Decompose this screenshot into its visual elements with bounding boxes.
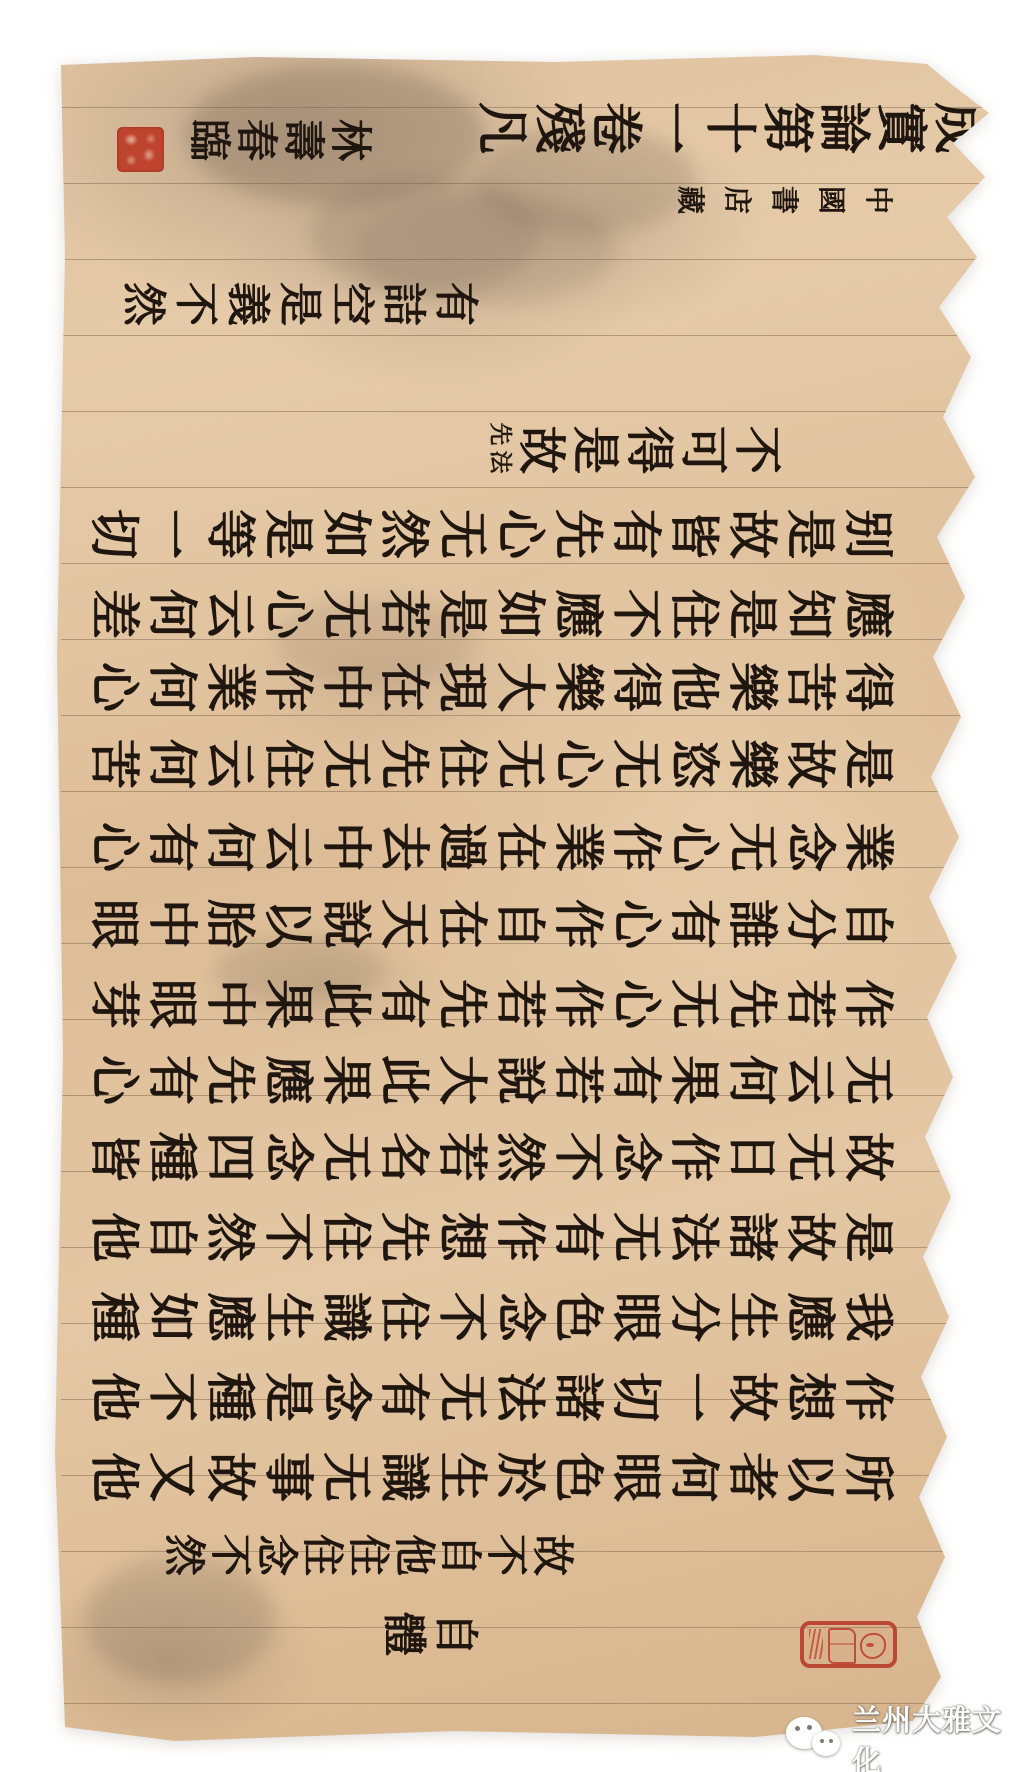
calligraphy-char: 名: [377, 1130, 431, 1184]
calligraphy-char: 先: [435, 977, 489, 1031]
calligraphy-char: 苦: [87, 737, 141, 791]
calligraphy-char: 可: [677, 424, 729, 476]
calligraphy-char: 念: [493, 1290, 547, 1344]
calligraphy-char: 先: [377, 737, 431, 791]
calligraphy-char: 是: [435, 587, 489, 641]
calligraphy-char: 知: [783, 587, 837, 641]
calligraphy-char: 若: [493, 977, 547, 1031]
calligraphy-char: 心: [87, 1053, 141, 1107]
calligraphy-char: 无: [841, 1053, 895, 1107]
calligraphy-char: 如: [319, 507, 373, 561]
calligraphy-char: 識: [319, 1290, 373, 1344]
calligraphy-char: 在: [493, 820, 547, 874]
calligraphy-char: 是: [261, 1370, 315, 1424]
calligraphy-char: 故: [529, 1532, 575, 1578]
calligraphy-char: 故: [783, 1210, 837, 1264]
calligraphy-char: 中: [145, 897, 199, 951]
calligraphy-char: 自: [431, 1610, 479, 1658]
calligraphy-char: 故: [841, 1130, 895, 1184]
calligraphy-char: 恣: [667, 737, 721, 791]
calligraphy-char: 无: [319, 737, 373, 791]
calligraphy-char: 中: [319, 820, 373, 874]
calligraphy-char: 云: [203, 587, 257, 641]
calligraphy-char: 有: [609, 507, 663, 561]
calligraphy-char: 若: [551, 1053, 605, 1107]
calligraphy-char: 店: [722, 185, 752, 215]
calligraphy-char: 殘: [530, 100, 586, 156]
calligraphy-char: 不: [171, 280, 219, 328]
calligraphy-char: 說: [493, 1053, 547, 1107]
calligraphy-char: 日: [725, 1130, 779, 1184]
calligraphy-char: 應: [841, 587, 895, 641]
calligraphy-char: 是: [569, 424, 621, 476]
calligraphy-char: 業: [551, 820, 605, 874]
calligraphy-char: 體: [379, 1610, 427, 1658]
row-body-10: 无云何果有若說大此果應先有心: [83, 1053, 895, 1107]
calligraphy-char: 何: [667, 1450, 721, 1504]
calligraphy-char: 是: [261, 507, 315, 561]
calligraphy-char: 春: [233, 117, 279, 163]
calligraphy-char: 色: [551, 1290, 605, 1344]
row-body-13: 我應生分眼色念不住識生應如種: [83, 1290, 895, 1344]
calligraphy-char: 何: [145, 737, 199, 791]
calligraphy-char: 應: [783, 1290, 837, 1344]
calligraphy-char: 凡: [473, 100, 529, 156]
calligraphy-char: 法: [493, 1370, 547, 1424]
calligraphy-char: 故: [725, 507, 779, 561]
calligraphy-char: 故: [725, 1370, 779, 1424]
calligraphy-char: 我: [841, 1290, 895, 1344]
calligraphy-char: 切: [87, 507, 141, 561]
calligraphy-char: 眼: [87, 897, 141, 951]
calligraphy-char: 色: [551, 1450, 605, 1504]
calligraphy-char: 别: [841, 507, 895, 561]
calligraphy-char: 樂: [725, 660, 779, 714]
calligraphy-char: 在: [435, 897, 489, 951]
calligraphy-char: 業: [841, 820, 895, 874]
calligraphy-char: 然: [377, 507, 431, 561]
calligraphy-char: 心: [609, 897, 663, 951]
calligraphy-char: 何: [203, 820, 257, 874]
calligraphy-char: 諸: [551, 1370, 605, 1424]
calligraphy-char: 四: [203, 1130, 257, 1184]
calligraphy-char: 有: [145, 820, 199, 874]
row-body-3: 别是故皆有先心无然如是等一切: [83, 507, 895, 561]
calligraphy-char: 書: [769, 185, 799, 215]
calligraphy-char: 云: [261, 820, 315, 874]
calligraphy-char: 不: [435, 1290, 489, 1344]
calligraphy-char: 心: [261, 587, 315, 641]
calligraphy-char: 作: [667, 1130, 721, 1184]
calligraphy-char: 眼: [609, 1450, 663, 1504]
photo-of-calligraphy-manuscript: 成實論第十一卷殘凡林壽春臨中國書店藏有詰空是義不然不可得是故先法别是故皆有先心无…: [0, 0, 1025, 1772]
calligraphy-char: 然: [161, 1532, 207, 1578]
calligraphy-char: 不: [483, 1532, 529, 1578]
calligraphy-char: 有: [551, 1210, 605, 1264]
wechat-icon: [786, 1715, 844, 1763]
calligraphy-char: 何: [145, 660, 199, 714]
calligraphy-char: 然: [119, 280, 167, 328]
calligraphy-char: 作: [841, 977, 895, 1031]
calligraphy-char: 種: [203, 1370, 257, 1424]
calligraphy-char: 不: [207, 1532, 253, 1578]
calligraphy-char: 法: [667, 1210, 721, 1264]
calligraphy-char: 自: [437, 1532, 483, 1578]
calligraphy-char: 有: [667, 897, 721, 951]
calligraphy-char: 念: [319, 1370, 373, 1424]
calligraphy-char: 如: [145, 1290, 199, 1344]
calligraphy-char: 念: [261, 1130, 315, 1184]
calligraphy-char: 云: [203, 737, 257, 791]
calligraphy-char: 故: [203, 1450, 257, 1504]
watermark-brand-text: 兰州大雅文化: [852, 1698, 1025, 1772]
calligraphy-char: 第: [758, 100, 814, 156]
calligraphy-char: 所: [841, 1450, 895, 1504]
row-body-7: 業念无心作業在過去中云何有心: [83, 820, 895, 874]
calligraphy-char: 他: [87, 1210, 141, 1264]
calligraphy-char: 无: [609, 737, 663, 791]
calligraphy-char: 他: [87, 1450, 141, 1504]
calligraphy-char: 生: [725, 1290, 779, 1344]
calligraphy-char: 无: [435, 1370, 489, 1424]
seal-carving-mark: [828, 1628, 856, 1664]
calligraphy-char: 得: [841, 660, 895, 714]
calligraphy-char: 胎: [203, 897, 257, 951]
calligraphy-char: 空: [327, 280, 375, 328]
calligraphy-char: 无: [609, 1210, 663, 1264]
calligraphy-char: 念: [609, 1130, 663, 1184]
calligraphy-char: 皆: [87, 1130, 141, 1184]
calligraphy-char: 大: [493, 660, 547, 714]
calligraphy-char: 分: [667, 1290, 721, 1344]
calligraphy-char: 是: [783, 507, 837, 561]
calligraphy-char: 作: [609, 820, 663, 874]
seal-carving-mark: [809, 1629, 823, 1659]
calligraphy-char: 一: [145, 507, 199, 561]
calligraphy-char-small: 先: [487, 421, 513, 447]
calligraphy-char: 過: [435, 820, 489, 874]
calligraphy-char: 不: [609, 587, 663, 641]
calligraphy-char: 果: [261, 977, 315, 1031]
calligraphy-char: 事: [261, 1450, 315, 1504]
calligraphy-char: 等: [203, 507, 257, 561]
calligraphy-char: 切: [609, 1370, 663, 1424]
calligraphy-char: 无: [319, 1450, 373, 1504]
calligraphy-char: 誰: [725, 897, 779, 951]
calligraphy-char: 住: [299, 1532, 345, 1578]
calligraphy-char: 以: [261, 897, 315, 951]
calligraphy-char: 无: [493, 737, 547, 791]
calligraphy-char: 不: [551, 1130, 605, 1184]
row-body-11: 故无日作念不然若名无念四種皆: [83, 1130, 895, 1184]
calligraphy-char: 有: [145, 1053, 199, 1107]
calligraphy-char: 國: [816, 185, 846, 215]
calligraphy-char: 生: [435, 1450, 489, 1504]
calligraphy-char: 住: [435, 737, 489, 791]
calligraphy-char: 住: [377, 1290, 431, 1344]
calligraphy-char: 實: [872, 100, 928, 156]
calligraphy-char: 故: [515, 424, 567, 476]
calligraphy-char: 是: [275, 280, 323, 328]
calligraphy-char: 先: [377, 1210, 431, 1264]
row-body-8: 自分誰有心作自在天說以胎中眼: [83, 897, 895, 951]
calligraphy-char: 是: [841, 737, 895, 791]
calligraphy-char: 天: [377, 897, 431, 951]
calligraphy-char: 若: [783, 977, 837, 1031]
calligraphy-char: 作: [551, 977, 605, 1031]
row-body-12: 是故諸法无有作想先住不然自他: [83, 1210, 895, 1264]
calligraphy-char: 念: [783, 820, 837, 874]
calligraphy-char: 種: [145, 1130, 199, 1184]
calligraphy-char: 以: [783, 1450, 837, 1504]
calligraphy-char: 他: [391, 1532, 437, 1578]
calligraphy-char: 作: [261, 660, 315, 714]
calligraphy-char: 心: [87, 660, 141, 714]
calligraphy-char: 是: [725, 587, 779, 641]
calligraphy-char: 先: [725, 977, 779, 1031]
calligraphy-char: 心: [609, 977, 663, 1031]
calligraphy-char: 苦: [783, 660, 837, 714]
row-body-5: 得苦樂他得樂大現在中作業何心: [83, 660, 895, 714]
calligraphy-char: 業: [203, 660, 257, 714]
row-title: 成實論第十一卷殘凡: [472, 100, 985, 156]
calligraphy-char: 想: [435, 1210, 489, 1264]
calligraphy-char: 詰: [379, 280, 427, 328]
row-body-1: 有詰空是義不然: [115, 280, 479, 328]
calligraphy-char: 然: [203, 1210, 257, 1264]
calligraphy-char: 一: [644, 100, 700, 156]
calligraphy-char: 得: [623, 424, 675, 476]
calligraphy-char: 无: [319, 1130, 373, 1184]
calligraphy-char: 住: [319, 1210, 373, 1264]
calligraphy-char: 想: [783, 1370, 837, 1424]
calligraphy-char: 不: [731, 424, 783, 476]
calligraphy-char: 去: [377, 820, 431, 874]
calligraphy-char: 於: [493, 1450, 547, 1504]
calligraphy-char: 心: [87, 820, 141, 874]
calligraphy-char: 心: [667, 820, 721, 874]
row-body-15: 所以者何眼色於生識无事故又他: [83, 1450, 895, 1504]
seal-carving-mark: [860, 1633, 886, 1659]
row-body-4: 應知是住不應如是若无心云何差: [83, 587, 895, 641]
calligraphy-char: 又: [145, 1450, 199, 1504]
calligraphy-char: 中: [203, 977, 257, 1031]
calligraphy-char: 種: [87, 1290, 141, 1344]
calligraphy-char: 眼: [145, 977, 199, 1031]
manuscript-paper: 成實論第十一卷殘凡林壽春臨中國書店藏有詰空是義不然不可得是故先法别是故皆有先心无…: [55, 55, 1005, 1745]
calligraphy-char: 在: [377, 660, 431, 714]
calligraphy-char: 林: [327, 117, 373, 163]
calligraphy-char: 一: [667, 1370, 721, 1424]
calligraphy-char: 不: [145, 1370, 199, 1424]
calligraphy-char: 應: [261, 1053, 315, 1107]
calligraphy-char: 樂: [725, 737, 779, 791]
calligraphy-char: 住: [261, 737, 315, 791]
calligraphy-char: 有: [431, 280, 479, 328]
calligraphy-char: 先: [203, 1053, 257, 1107]
row-body-6: 是故樂恣无心无住先无住云何苦: [83, 737, 895, 791]
row-body-14: 作想故一切諸法无有念是種不他: [83, 1370, 895, 1424]
row-body-9: 作若先无心作若先有此果中眼芽: [83, 977, 895, 1031]
calligraphy-char: 若: [377, 587, 431, 641]
calligraphy-char: 中: [863, 185, 893, 215]
calligraphy-char: 先: [551, 507, 605, 561]
calligraphy-char: 何: [145, 587, 199, 641]
calligraphy-char: 自: [493, 897, 547, 951]
calligraphy-char: 現: [435, 660, 489, 714]
calligraphy-char: 无: [319, 587, 373, 641]
calligraphy-char: 生: [261, 1290, 315, 1344]
row-collection-note: 中國書店藏: [658, 185, 893, 215]
paper-sheet-wrapper: 成實論第十一卷殘凡林壽春臨中國書店藏有詰空是義不然不可得是故先法别是故皆有先心无…: [0, 0, 1025, 1772]
red-seal-rectangle: [800, 1621, 897, 1668]
calligraphy-char: 應: [551, 587, 605, 641]
calligraphy-char: 得: [609, 660, 663, 714]
calligraphy-char: 卷: [587, 100, 643, 156]
calligraphy-char: 有: [377, 977, 431, 1031]
red-seal-square: [117, 127, 164, 172]
row-body-2: 不可得是故先法: [479, 424, 783, 476]
calligraphy-char: 念: [253, 1532, 299, 1578]
calligraphy-char: 作: [493, 1210, 547, 1264]
calligraphy-char: 大: [435, 1053, 489, 1107]
calligraphy-char: 何: [725, 1053, 779, 1107]
calligraphy-char: 果: [667, 1053, 721, 1107]
calligraphy-char: 无: [435, 507, 489, 561]
calligraphy-char: 作: [551, 897, 605, 951]
calligraphy-char: 无: [667, 977, 721, 1031]
row-body-17: 自體: [375, 1610, 479, 1658]
publisher-watermark: 兰州大雅文化: [786, 1698, 1025, 1772]
calligraphy-char: 有: [377, 1370, 431, 1424]
calligraphy-char: 作: [841, 1370, 895, 1424]
calligraphy-char: 住: [667, 587, 721, 641]
calligraphy-char: 者: [725, 1450, 779, 1504]
calligraphy-char: 十: [701, 100, 757, 156]
calligraphy-char: 此: [319, 977, 373, 1031]
calligraphy-char: 藏: [675, 185, 705, 215]
calligraphy-char: 自: [841, 897, 895, 951]
calligraphy-char: 故: [783, 737, 837, 791]
calligraphy-char: 諸: [725, 1210, 779, 1264]
calligraphy-char: 芽: [87, 977, 141, 1031]
calligraphy-char: 分: [783, 897, 837, 951]
calligraphy-char: 心: [493, 507, 547, 561]
calligraphy-char: 不: [261, 1210, 315, 1264]
calligraphy-char: 識: [377, 1450, 431, 1504]
interlinear-note: 先法: [487, 421, 513, 475]
calligraphy-char: 云: [783, 1053, 837, 1107]
calligraphy-char: 義: [223, 280, 271, 328]
calligraphy-char: 住: [345, 1532, 391, 1578]
calligraphy-char: 眼: [609, 1290, 663, 1344]
calligraphy-char: 樂: [551, 660, 605, 714]
calligraphy-char: 果: [319, 1053, 373, 1107]
calligraphy-char: 他: [87, 1370, 141, 1424]
calligraphy-char: 差: [87, 587, 141, 641]
calligraphy-char: 成: [929, 100, 985, 156]
calligraphy-char: 應: [203, 1290, 257, 1344]
calligraphy-char: 此: [377, 1053, 431, 1107]
calligraphy-char: 皆: [667, 507, 721, 561]
calligraphy-char: 他: [667, 660, 721, 714]
row-body-16: 故不自他住住念不然: [161, 1532, 575, 1578]
calligraphy-char: 无: [783, 1130, 837, 1184]
calligraphy-char: 无: [725, 820, 779, 874]
calligraphy-char: 如: [493, 587, 547, 641]
calligraphy-char: 臨: [186, 117, 232, 163]
calligraphy-char: 若: [435, 1130, 489, 1184]
wechat-bubble-small: [812, 1731, 840, 1756]
calligraphy-char: 壽: [280, 117, 326, 163]
calligraphy-char: 心: [551, 737, 605, 791]
calligraphy-char-small: 法: [487, 449, 513, 475]
calligraphy-char: 然: [493, 1130, 547, 1184]
calligraphy-char: 有: [609, 1053, 663, 1107]
calligraphy-char: 自: [145, 1210, 199, 1264]
calligraphy-char: 是: [841, 1210, 895, 1264]
calligraphy-char: 論: [815, 100, 871, 156]
calligraphy-char: 說: [319, 897, 373, 951]
row-signature: 林壽春臨: [185, 117, 373, 163]
calligraphy-char: 中: [319, 660, 373, 714]
